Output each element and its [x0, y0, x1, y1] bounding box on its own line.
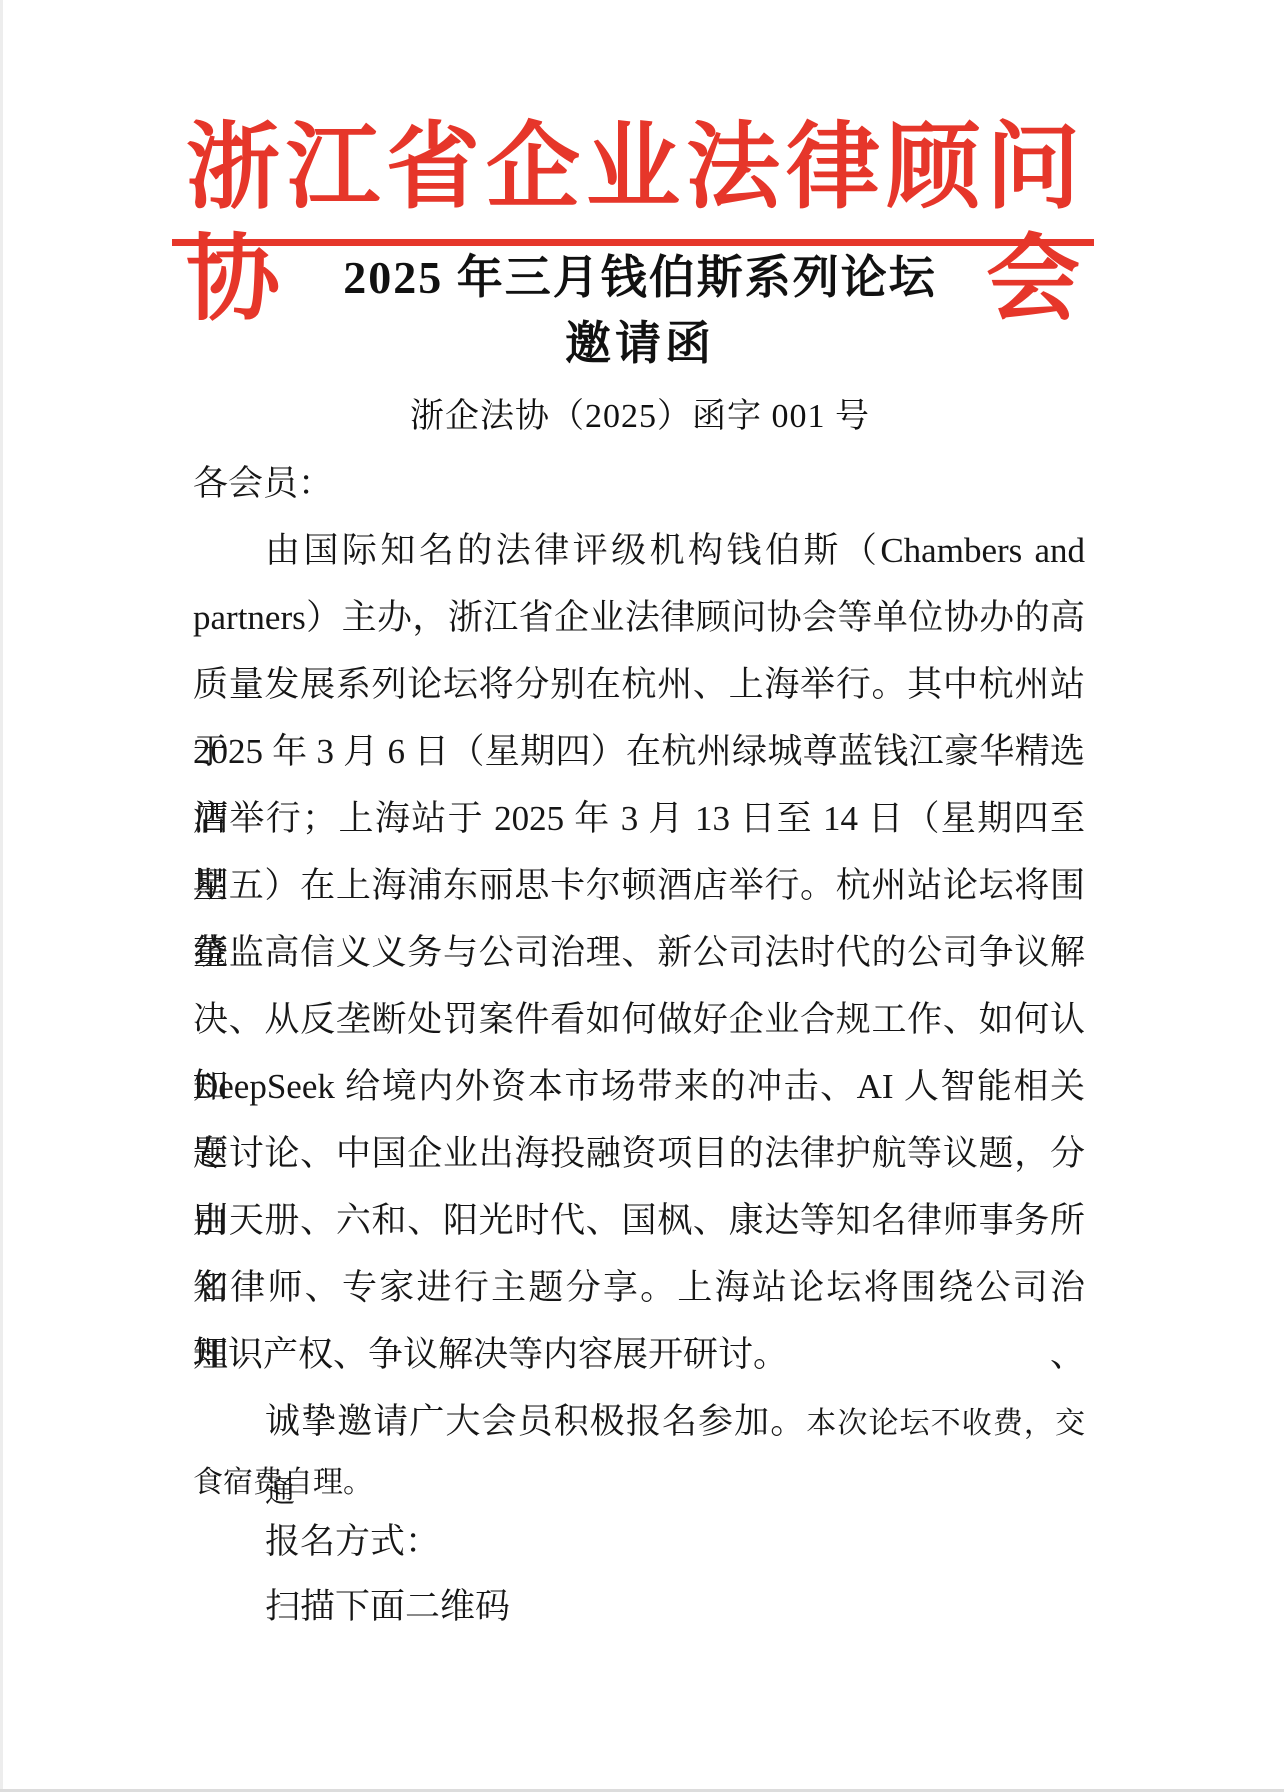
- body-line: 名律师、专家进行主题分享。上海站论坛将围绕公司治理、: [193, 1254, 1085, 1321]
- body-line: partners）主办，浙江省企业法律顾问协会等单位协办的高: [193, 584, 1085, 651]
- letter-body: 各会员： 由国际知名的法律评级机构钱伯斯（Chambers andpartner…: [193, 450, 1085, 1640]
- forum-title: 2025 年三月钱伯斯系列论坛: [150, 252, 1130, 304]
- body-line: 报名方式：: [193, 1511, 1085, 1573]
- body-line-text: 由国际知名的法律评级机构钱伯斯（Chambers and: [265, 531, 1085, 570]
- letter-title: 邀请函: [150, 318, 1130, 370]
- body-line-text: 食宿费自理。: [193, 1466, 373, 1499]
- body-line-text: 董监高信义义务与公司治理、新公司法时代的公司争议解: [193, 933, 1085, 972]
- body-line: 2025 年 3 月 6 日（星期四）在杭州绿城尊蓝钱江豪华精选酒: [193, 718, 1085, 785]
- body-paragraphs: 由国际知名的法律评级机构钱伯斯（Chambers andpartners）主办，…: [193, 517, 1085, 1640]
- body-line: 题讨论、中国企业出海投融资项目的法律护航等议题，分别: [193, 1120, 1085, 1187]
- body-line: 决、从反垄断处罚案件看如何做好企业合规工作、如何认知: [193, 986, 1085, 1053]
- salutation: 各会员：: [193, 450, 1085, 517]
- page-left-edge: [0, 0, 3, 1792]
- body-line-text: 报名方式：: [265, 1522, 440, 1561]
- body-line: 质量发展系列论坛将分别在杭州、上海举行。其中杭州站于: [193, 651, 1085, 718]
- invitation-letter-page: 浙江省企业法律顾问协会 2025 年三月钱伯斯系列论坛 邀请函 浙企法协（202…: [0, 0, 1284, 1792]
- body-line: DeepSeek 给境内外资本市场带来的冲击、AI 人智能相关专: [193, 1053, 1085, 1120]
- body-line-text: 扫描下面二维码: [265, 1587, 510, 1626]
- body-line: 食宿费自理。: [193, 1455, 1085, 1511]
- body-line-text: 诚挚邀请广大会员积极报名参加。: [265, 1402, 806, 1441]
- body-line: 期五）在上海浦东丽思卡尔顿酒店举行。杭州站论坛将围绕: [193, 852, 1085, 919]
- body-line: 由国际知名的法律评级机构钱伯斯（Chambers and: [193, 517, 1085, 584]
- body-line: 董监高信义义务与公司治理、新公司法时代的公司争议解: [193, 919, 1085, 986]
- body-line: 诚挚邀请广大会员积极报名参加。本次论坛不收费，交通: [193, 1388, 1085, 1455]
- body-line: 扫描下面二维码: [193, 1573, 1085, 1640]
- body-line: 由天册、六和、阳光时代、国枫、康达等知名律师事务所知: [193, 1187, 1085, 1254]
- body-line: 店举行；上海站于 2025 年 3 月 13 日至 14 日（星期四至星: [193, 785, 1085, 852]
- body-line-text: 知识产权、争议解决等内容展开研讨。: [193, 1335, 788, 1374]
- red-divider-rule: [172, 239, 1094, 246]
- body-line-text: partners）主办，浙江省企业法律顾问协会等单位协办的高: [193, 598, 1085, 637]
- document-number: 浙企法协（2025）函字 001 号: [150, 398, 1130, 436]
